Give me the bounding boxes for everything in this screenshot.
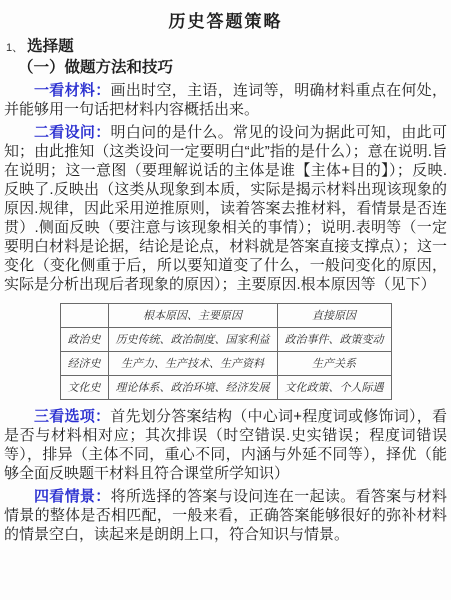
paragraph-look-context: 四看情景：将所选择的答案与设问连在一起读。看答案与材料情景的整体是否相匹配，一般… [4,487,447,544]
page-title: 历史答题策略 [4,12,447,32]
section-number: 1、 [6,42,23,54]
cell-root-economic: 生产力、生产技术、生产资料 [108,352,277,376]
lead-look-options: 三看选项： [34,408,110,425]
paragraph-look-question: 二看设问：明白问的是什么。常见的设问为据此可知，由此可知；由此推知（这类设问一定… [4,123,447,294]
lead-look-context: 四看情景： [34,488,111,505]
table-header-direct-cause: 直接原因 [277,304,391,328]
lead-look-question: 二看设问： [34,124,111,141]
table-header-row: 根本原因、主要原因 直接原因 [60,304,391,328]
table-row-economic: 经济史 生产力、生产技术、生产资料 生产关系 [60,352,391,376]
cell-direct-political: 政治事件、政策变动 [277,328,391,352]
lead-look-material: 一看材料： [34,82,111,99]
cell-category-economic: 经济史 [60,352,108,376]
table-row-cultural: 文化史 理论体系、政治环境、经济发展 文化政策、个人际遇 [60,376,391,400]
text-look-question: 明白问的是什么。常见的设问为据此可知，由此可知；由此推知（这类设问一定要明白“此… [4,124,447,293]
causes-table: 根本原因、主要原因 直接原因 政治史 历史传统、政治制度、国家利益 政治事件、政… [60,303,392,400]
cell-root-political: 历史传统、政治制度、国家利益 [108,328,277,352]
paragraph-look-material: 一看材料：画出时空，主语，连词等，明确材料重点在何处，并能够用一句话把材料内容概… [4,81,447,119]
cell-category-cultural: 文化史 [60,376,108,400]
cell-root-cultural: 理论体系、政治环境、经济发展 [108,376,277,400]
cell-direct-cultural: 文化政策、个人际遇 [277,376,391,400]
section-title: 选择题 [27,38,74,55]
cell-category-political: 政治史 [60,328,108,352]
table-row-political: 政治史 历史传统、政治制度、国家利益 政治事件、政策变动 [60,328,391,352]
cell-direct-economic: 生产关系 [277,352,391,376]
subsection-heading-methods: （一）做题方法和技巧 [18,58,447,77]
section-heading-multiple-choice: 1、选择题 [6,37,447,58]
table-header-empty [60,304,108,328]
paragraph-look-options: 三看选项：首先划分答案结构（中心词+程度词或修饰词），看是否与材料相对应；其次排… [4,407,447,483]
document-page: 历史答题策略 1、选择题 （一）做题方法和技巧 一看材料：画出时空，主语，连词等… [0,0,451,600]
table-header-root-main-cause: 根本原因、主要原因 [108,304,277,328]
